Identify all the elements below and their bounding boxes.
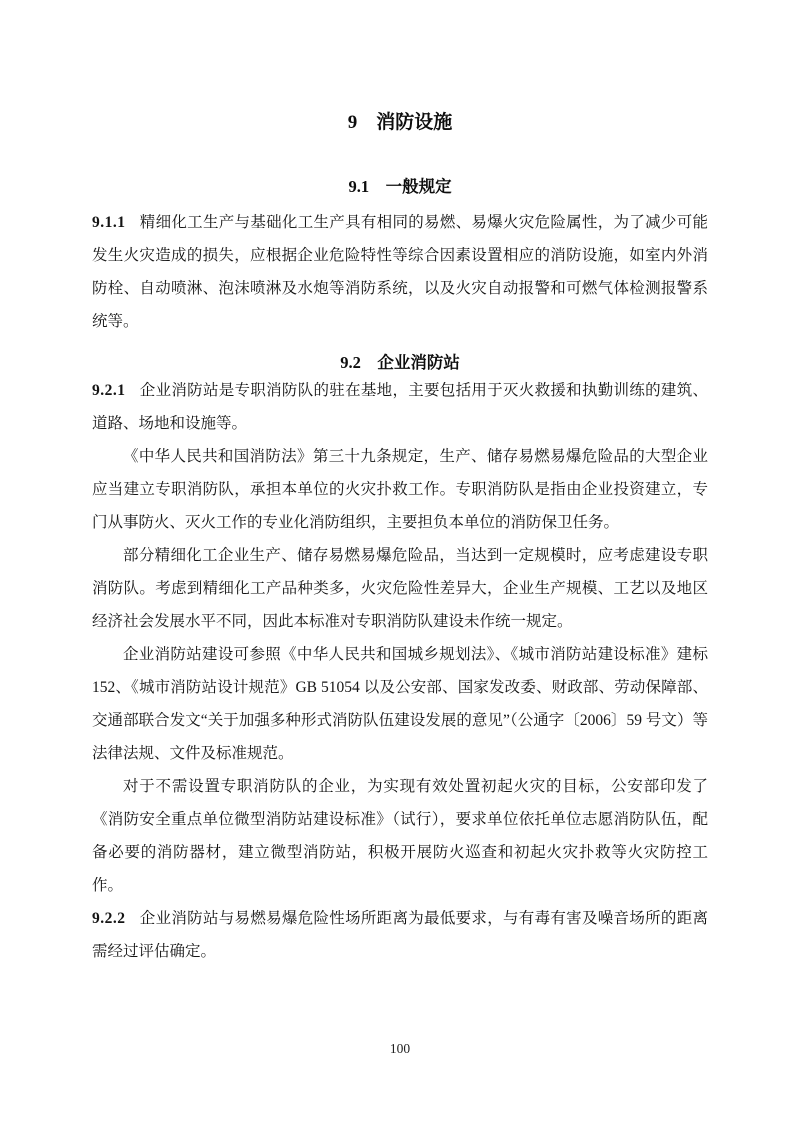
clause-number: 9.2.1 [92,382,126,399]
page-content: 9 消防设施 9.1 一般规定 9.1.1精细化工生产与基础化工生产具有相同的易… [0,0,800,968]
clause-text: 精细化工生产与基础化工生产具有相同的易燃、易爆火灾危险属性，为了减少可能发生火灾… [92,214,708,330]
commentary-paragraph: 企业消防站建设可参照《中华人民共和国城乡规划法》、《城市消防站建设标准》建标 1… [92,638,708,770]
commentary-paragraph: 部分精细化工企业生产、储存易燃易爆危险品，当达到一定规模时，应考虑建设专职消防队… [92,539,708,638]
clause-text: 企业消防站是专职消防队的驻在基地，主要包括用于灭火救援和执勤训练的建筑、道路、场… [92,382,708,432]
clause-9-1-1: 9.1.1精细化工生产与基础化工生产具有相同的易燃、易爆火灾危险属性，为了减少可… [92,206,708,338]
chapter-title: 9 消防设施 [92,0,708,136]
clause-number: 9.1.1 [92,214,126,231]
clause-9-2-1: 9.2.1企业消防站是专职消防队的驻在基地，主要包括用于灭火救援和执勤训练的建筑… [92,374,708,440]
section-heading-9-1: 9.1 一般规定 [92,176,708,198]
clause-9-2-2: 9.2.2企业消防站与易燃易爆危险性场所距离为最低要求，与有毒有害及噪音场所的距… [92,902,708,968]
page-number: 100 [0,1040,800,1058]
commentary-paragraph: 对于不需设置专职消防队的企业，为实现有效处置初起火灾的目标，公安部印发了《消防安… [92,770,708,902]
clause-text: 企业消防站与易燃易爆危险性场所距离为最低要求，与有毒有害及噪音场所的距离需经过评… [92,910,708,960]
document-page: 9 消防设施 9.1 一般规定 9.1.1精细化工生产与基础化工生产具有相同的易… [0,0,800,1131]
commentary-paragraph: 《中华人民共和国消防法》第三十九条规定，生产、储存易燃易爆危险品的大型企业应当建… [92,440,708,539]
clause-number: 9.2.2 [92,910,126,927]
section-heading-9-2: 9.2 企业消防站 [92,352,708,374]
